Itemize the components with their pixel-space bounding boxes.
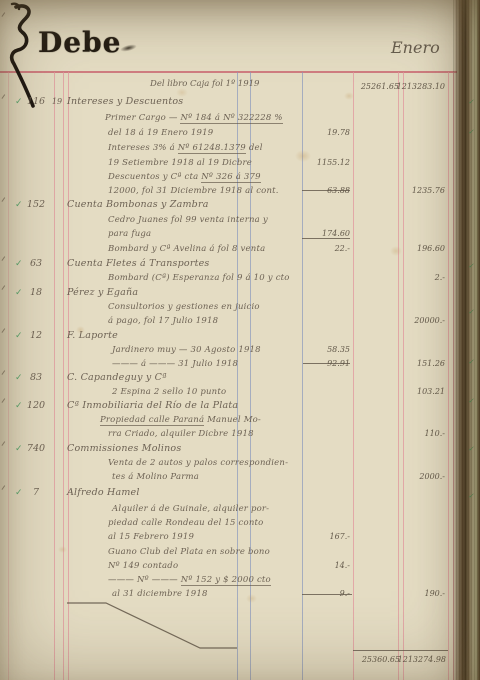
amount-col-b: 190.- <box>389 588 445 600</box>
account-number: 12 <box>22 330 50 342</box>
entry-text: Cedro Juanes fol 99 venta interna y <box>108 214 268 226</box>
entry-detail-row: para fuga174.60 <box>0 228 454 242</box>
entry-text: Venta de 2 autos y palos correspondien- <box>108 457 288 469</box>
entry-text: ——— Nº ——— Nº 152 y $ 2000 cto <box>108 574 271 586</box>
account-title: Commissiones Molinos <box>67 443 181 455</box>
entry-detail-row: Bombard (Cª) Esperanza fol 9 á 10 y cto2… <box>0 272 454 286</box>
entry-text: Alquiler á de Guinale, alquiler por- <box>112 503 269 515</box>
entry-title-row: ✓83C. Capandeguy y Cª <box>0 372 454 386</box>
entry-text: ——— á ——— 31 Julio 1918 <box>112 358 238 370</box>
entry-detail-row: Propiedad calle Paraná Manuel Mo- <box>0 414 454 428</box>
account-title: Pérez y Egaña <box>67 287 138 299</box>
entry-text: 2 Espina 2 sello 10 punto <box>112 386 226 398</box>
entry-text: 12000, fol 31 Diciembre 1918 al cont. <box>108 185 279 197</box>
entry-detail-row: Nº 149 contado14.- <box>0 560 454 574</box>
entry-detail-row: 2 Espina 2 sello 10 punto103.21 <box>0 386 454 400</box>
ink-smudge <box>120 43 138 53</box>
account-number: 63 <box>22 258 50 270</box>
entry-title-row: ✓11619Intereses y Descuentos <box>0 96 454 110</box>
entry-text: al 15 Febrero 1919 <box>108 531 194 543</box>
account-title: Cuenta Fletes á Transportes <box>67 258 210 270</box>
adjacent-check-icon: ✓ <box>468 128 474 136</box>
account-number: 152 <box>22 199 50 211</box>
adjacent-check-icon: ✓ <box>468 262 474 270</box>
entry-title-row: ✓7Alfredo Hamel <box>0 487 454 501</box>
entry-text: á pago, fol 17 Julio 1918 <box>108 315 218 327</box>
account-number: 18 <box>22 287 50 299</box>
entry-text: piedad calle Rondeau del 15 conto <box>108 517 263 529</box>
book-binding <box>453 0 480 680</box>
entry-title-row: ✓120Cª Inmobiliaria del Río de la Plata <box>0 400 454 414</box>
entry-detail-row: ——— Nº ——— Nº 152 y $ 2000 cto <box>0 574 454 588</box>
ledger-page: Debe Enero Del libro Caja fol 1º 1919 25… <box>0 0 480 680</box>
sum-rule <box>302 190 350 191</box>
amount-col-b: 151.26 <box>389 358 445 370</box>
entry-detail-row: rra Criado, alquiler Dicbre 1918110.- <box>0 428 454 442</box>
entry-detail-row: Bombard y Cª Avelina á fol 8 venta22.-19… <box>0 243 454 257</box>
closing-stroke <box>0 595 260 665</box>
entry-detail-row: piedad calle Rondeau del 15 conto <box>0 517 454 531</box>
account-number: 116 <box>22 96 50 108</box>
entry-text: Guano Club del Plata en sobre bono <box>108 546 270 558</box>
account-title: Cuenta Bombonas y Zambra <box>67 199 209 211</box>
entry-text: del 18 á 19 Enero 1919 <box>108 127 213 139</box>
amount-col-b: 1235.76 <box>389 185 445 197</box>
adjacent-check-icon: ✓ <box>468 445 474 453</box>
amount-col-a: 63.88 <box>294 185 350 197</box>
month-label: Enero <box>391 38 440 57</box>
adjacent-check-icon: ✓ <box>468 492 474 500</box>
entry-detail-row: del 18 á 19 Enero 191919.78 <box>0 127 454 141</box>
amount-col-b: 2.- <box>389 272 445 284</box>
entry-detail-row: Venta de 2 autos y palos correspondien- <box>0 457 454 471</box>
entry-detail-row: Descuentos y Cª cta Nº 326 á 379 <box>0 171 454 185</box>
entry-text: Descuentos y Cª cta Nº 326 á 379 <box>108 171 261 183</box>
account-title: F. Laporte <box>67 330 118 342</box>
entry-title-row: ✓63Cuenta Fletes á Transportes <box>0 258 454 272</box>
entry-detail-row: 12000, fol 31 Diciembre 1918 al cont.63.… <box>0 185 454 199</box>
amount-col-a: 58.35 <box>294 344 350 356</box>
entry-detail-row: á pago, fol 17 Julio 191820000.- <box>0 315 454 329</box>
account-title: Alfredo Hamel <box>67 487 140 499</box>
total-top-col-b: 1213283.10 <box>375 82 445 91</box>
entry-detail-row: tes á Molino Parma2000.- <box>0 471 454 485</box>
binding-streaks <box>453 0 480 680</box>
entry-text: Intereses 3% á Nº 61248.1379 del <box>108 142 263 154</box>
amount-col-b: 110.- <box>389 428 445 440</box>
entry-title-row: ✓152Cuenta Bombonas y Zambra <box>0 199 454 213</box>
account-number: 120 <box>22 400 50 412</box>
amount-col-b: 2000.- <box>389 471 445 483</box>
adjacent-check-icon: ✓ <box>468 397 474 405</box>
sum-rule <box>302 238 350 239</box>
amount-col-b: 20000.- <box>389 315 445 327</box>
entry-detail-row: 19 Setiembre 1918 al 19 Dicbre1155.12 <box>0 157 454 171</box>
entry-text: Consultorios y gestiones en juicio <box>108 301 260 313</box>
entry-text: Bombard (Cª) Esperanza fol 9 á 10 y cto <box>108 272 290 284</box>
entry-detail-row: Guano Club del Plata en sobre bono <box>0 546 454 560</box>
account-title: Intereses y Descuentos <box>67 96 183 108</box>
adjacent-check-icon: ✓ <box>468 98 474 106</box>
entry-text: para fuga <box>108 228 151 240</box>
amount-col-a: 22.- <box>294 243 350 255</box>
entry-detail-row: Alquiler á de Guinale, alquiler por- <box>0 503 454 517</box>
entry-text: Jardinero muy — 30 Agosto 1918 <box>112 344 261 356</box>
amount-col-b: 196.60 <box>389 243 445 255</box>
amount-col-b: 103.21 <box>389 386 445 398</box>
entry-detail-row: al 15 Febrero 1919167.- <box>0 531 454 545</box>
adjacent-check-icon: ✓ <box>468 308 474 316</box>
entry-text: Nº 149 contado <box>108 560 178 572</box>
sum-rule <box>353 650 448 651</box>
entry-detail-row: Cedro Juanes fol 99 venta interna y <box>0 214 454 228</box>
account-title: Cª Inmobiliaria del Río de la Plata <box>67 400 238 412</box>
entry-title-row: ✓12F. Laporte <box>0 330 454 344</box>
entry-title-row: ✓18Pérez y Egaña <box>0 287 454 301</box>
entry-detail-row: Consultorios y gestiones en juicio <box>0 301 454 315</box>
amount-col-a: 19.78 <box>294 127 350 139</box>
entry-detail-row: ——— á ——— 31 Julio 191892.91151.26 <box>0 358 454 372</box>
entry-text: 19 Setiembre 1918 al 19 Dicbre <box>108 157 252 169</box>
adjacent-check-icon: ✓ <box>468 358 474 366</box>
account-number: 7 <box>22 487 50 499</box>
entry-detail-row: Primer Cargo — Nº 184 á Nº 322228 % <box>0 112 454 126</box>
amount-col-a: 14.- <box>294 560 350 572</box>
sum-rule <box>302 594 352 595</box>
entry-text: rra Criado, alquiler Dicbre 1918 <box>108 428 254 440</box>
sum-rule <box>303 363 350 364</box>
account-number: 740 <box>22 443 50 455</box>
entry-title-row: ✓740Commissiones Molinos <box>0 443 454 457</box>
entry-text: Propiedad calle Paraná Manuel Mo- <box>100 414 261 426</box>
entry-text: Bombard y Cª Avelina á fol 8 venta <box>108 243 265 255</box>
entry-text: tes á Molino Parma <box>112 471 199 483</box>
entry-detail-row: Intereses 3% á Nº 61248.1379 del <box>0 142 454 156</box>
account-title: C. Capandeguy y Cª <box>67 372 167 384</box>
folio-number: 19 <box>50 96 64 108</box>
total-bottom-col-b: 1213274.98 <box>376 655 446 664</box>
entry-text: Primer Cargo — Nº 184 á Nº 322228 % <box>105 112 283 124</box>
page-title: Debe <box>38 26 122 59</box>
account-number: 83 <box>22 372 50 384</box>
amount-col-a: 1155.12 <box>294 157 350 169</box>
amount-col-a: 92.91 <box>294 358 350 370</box>
carried-note: Del libro Caja fol 1º 1919 <box>150 79 259 89</box>
amount-col-a: 167.- <box>294 531 350 543</box>
entry-detail-row: Jardinero muy — 30 Agosto 191858.35 <box>0 344 454 358</box>
